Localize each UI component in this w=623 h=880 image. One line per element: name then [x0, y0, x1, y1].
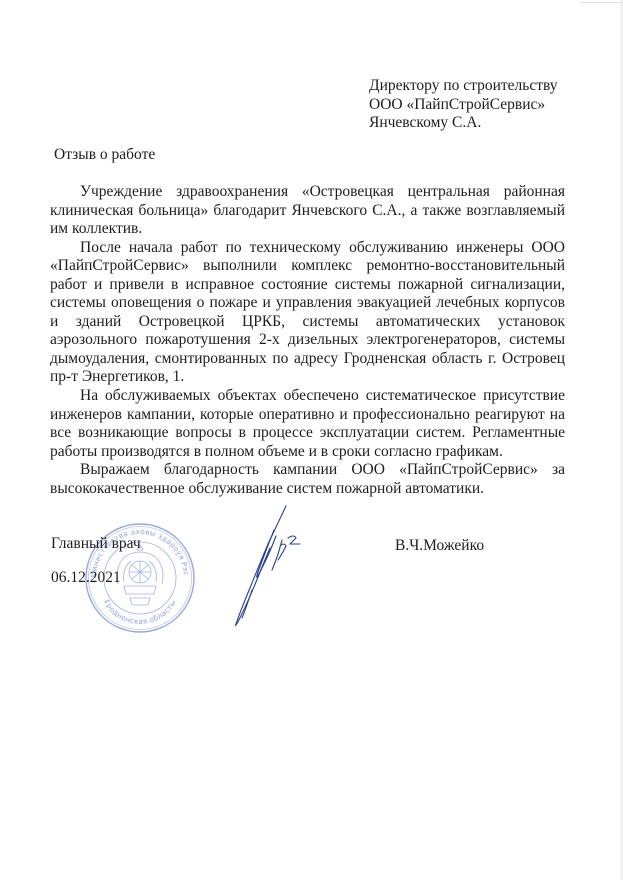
addressee-line: Янчевскому С.А.	[369, 114, 558, 133]
addressee-line: ООО «ПайпСтройСервис»	[369, 96, 558, 115]
letter-body: Учреждение здравоохранения «Островецкая …	[50, 183, 565, 498]
letter-subject: Отзыв о работе	[54, 146, 155, 164]
body-paragraph: Учреждение здравоохранения «Островецкая …	[50, 183, 565, 239]
letter-page: Директору по строительству ООО «ПайпСтро…	[0, 0, 623, 880]
signatory-name: В.Ч.Можейко	[395, 537, 484, 555]
body-paragraph: Выражаем благодарность кампании ООО «Пай…	[50, 461, 565, 498]
signatory-role: Главный врач	[51, 535, 141, 553]
body-paragraph: На обслуживаемых объектах обеспечено сис…	[50, 387, 565, 461]
page-edge-shadow	[619, 0, 623, 880]
handwritten-signature-icon	[228, 500, 313, 630]
body-paragraph: После начала работ по техническому обслу…	[50, 239, 565, 387]
addressee-line: Директору по строительству	[369, 77, 558, 96]
letter-date: 06.12.2021	[51, 569, 121, 587]
addressee-block: Директору по строительству ООО «ПайпСтро…	[369, 77, 558, 133]
page-edge-line	[580, 2, 623, 3]
